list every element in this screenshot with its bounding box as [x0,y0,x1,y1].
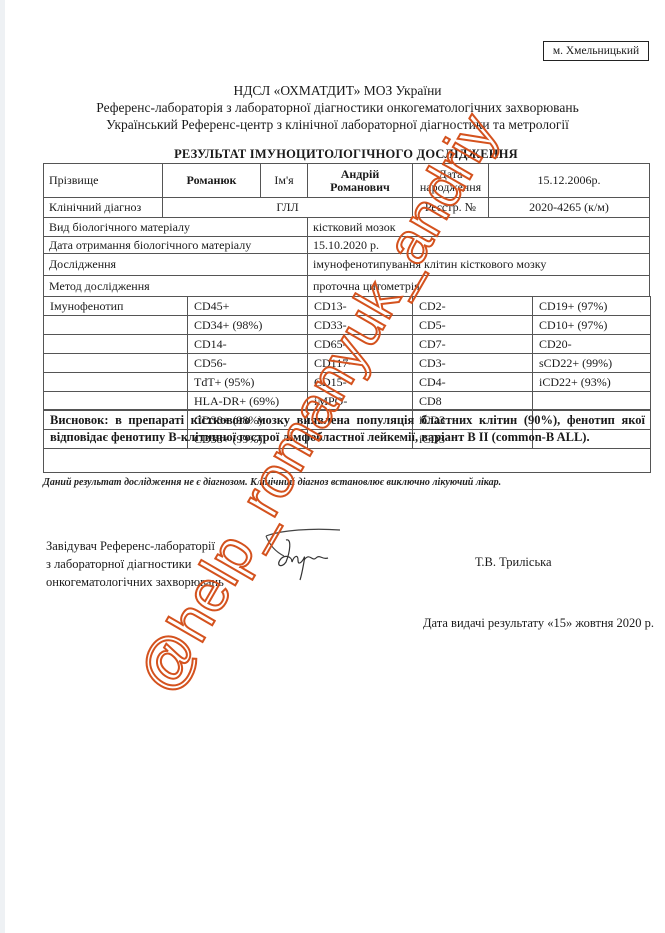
marker-cell: iMPO- [308,392,413,411]
marker-cell: CD19+ (97%) [533,297,651,316]
marker-cell: CD117- [308,354,413,373]
patient-table: Прізвище Романюк Ім'я Андрій Романович Д… [43,163,650,297]
empty-cell [44,373,188,392]
name-value: Андрій Романович [308,164,413,198]
page-edge [0,0,5,933]
signer-position: Завідувач Референс-лабораторії з лаборат… [46,537,224,591]
marker-cell: CD3- [413,354,533,373]
signer-position-line: онкогематологічних захворювань [46,573,224,591]
empty-cell [44,335,188,354]
immunophenotype-row: CD34+ (98%)CD33-CD5-CD10+ (97%) [44,316,651,335]
marker-cell: CD10+ (97%) [533,316,651,335]
info-value: кістковий мозок [308,218,650,237]
immunophenotype-row: ІмунофенотипCD45+CD13-CD2-CD19+ (97%) [44,297,651,316]
immunophenotype-label: Імунофенотип [44,297,188,316]
signer-position-line: Завідувач Референс-лабораторії [46,537,224,555]
marker-cell: iCD22+ (93%) [533,373,651,392]
city-stamp: м. Хмельницький [543,41,649,61]
signature-icon [262,522,342,582]
immunophenotype-row: HLA-DR+ (69%)iMPO-CD8 [44,392,651,411]
dob-value: 15.12.2006р. [489,164,650,198]
info-row: Вид біологічного матеріалу кістковий моз… [44,218,650,237]
marker-cell: CD34+ (98%) [188,316,308,335]
info-row: Метод дослідження проточна цитометрія [44,276,650,297]
immunophenotype-row: CD56-CD117-CD3-sCD22+ (99%) [44,354,651,373]
marker-cell: CD33- [308,316,413,335]
marker-cell: sCD22+ (99%) [533,354,651,373]
center-name: Український Референс-центр з клінічної л… [0,116,665,133]
diagnosis-row: Клінічний діагноз ГЛЛ Реєстр. № 2020-426… [44,198,650,218]
marker-cell: CD2- [413,297,533,316]
info-row: Дата отримання біологічного матеріалу 15… [44,237,650,254]
registry-label: Реєстр. № [413,198,489,218]
marker-cell: CD5- [413,316,533,335]
signer-name: Т.В. Триліська [475,555,552,570]
info-label: Дослідження [44,254,308,276]
diagnosis-value: ГЛЛ [163,198,413,218]
surname-label: Прізвище [44,164,163,198]
marker-cell: TdT+ (95%) [188,373,308,392]
conclusion: Висновок: в препараті кісткового мозку в… [43,409,651,473]
marker-cell: CD45+ [188,297,308,316]
info-label: Дата отримання біологічного матеріалу [44,237,308,254]
marker-cell: CD20- [533,335,651,354]
empty-cell [44,354,188,373]
marker-cell: CD8 [413,392,533,411]
marker-cell: CD4- [413,373,533,392]
immunophenotype-row: TdT+ (95%)CD15-CD4-iCD22+ (93%) [44,373,651,392]
info-row: Дослідження імунофенотипування клітин кі… [44,254,650,276]
marker-cell: CD65- [308,335,413,354]
info-value: 15.10.2020 р. [308,237,650,254]
dob-label: Дата народження [413,164,489,198]
registry-value: 2020-4265 (к/м) [489,198,650,218]
immunophenotype-row: CD14-CD65-CD7-CD20- [44,335,651,354]
marker-cell: CD15- [308,373,413,392]
lab-name: Референс-лабораторія з лабораторної діаг… [0,99,665,116]
info-value: проточна цитометрія [308,276,650,297]
marker-cell: CD7- [413,335,533,354]
empty-cell [44,392,188,411]
marker-cell: CD56- [188,354,308,373]
diagnosis-label: Клінічний діагноз [44,198,163,218]
document-header: НДСЛ «ОХМАТДИТ» МОЗ України Референс-лаб… [0,82,665,133]
marker-cell [533,392,651,411]
issue-date: Дата видачі результату «15» жовтня 2020 … [423,616,654,631]
document-title: РЕЗУЛЬТАТ ІМУНОЦИТОЛОГІЧНОГО ДОСЛІДЖЕННЯ [43,147,649,161]
empty-cell [44,316,188,335]
patient-row: Прізвище Романюк Ім'я Андрій Романович Д… [44,164,650,198]
disclaimer: Даний результат дослідження не є діагноз… [43,477,649,488]
info-value: імунофенотипування клітин кісткового моз… [308,254,650,276]
name-label: Ім'я [261,164,308,198]
marker-cell: HLA-DR+ (69%) [188,392,308,411]
marker-cell: CD14- [188,335,308,354]
institution-name: НДСЛ «ОХМАТДИТ» МОЗ України [0,82,665,99]
surname-value: Романюк [163,164,261,198]
info-label: Вид біологічного матеріалу [44,218,308,237]
marker-cell: CD13- [308,297,413,316]
signer-position-line: з лабораторної діагностики [46,555,224,573]
info-label: Метод дослідження [44,276,308,297]
